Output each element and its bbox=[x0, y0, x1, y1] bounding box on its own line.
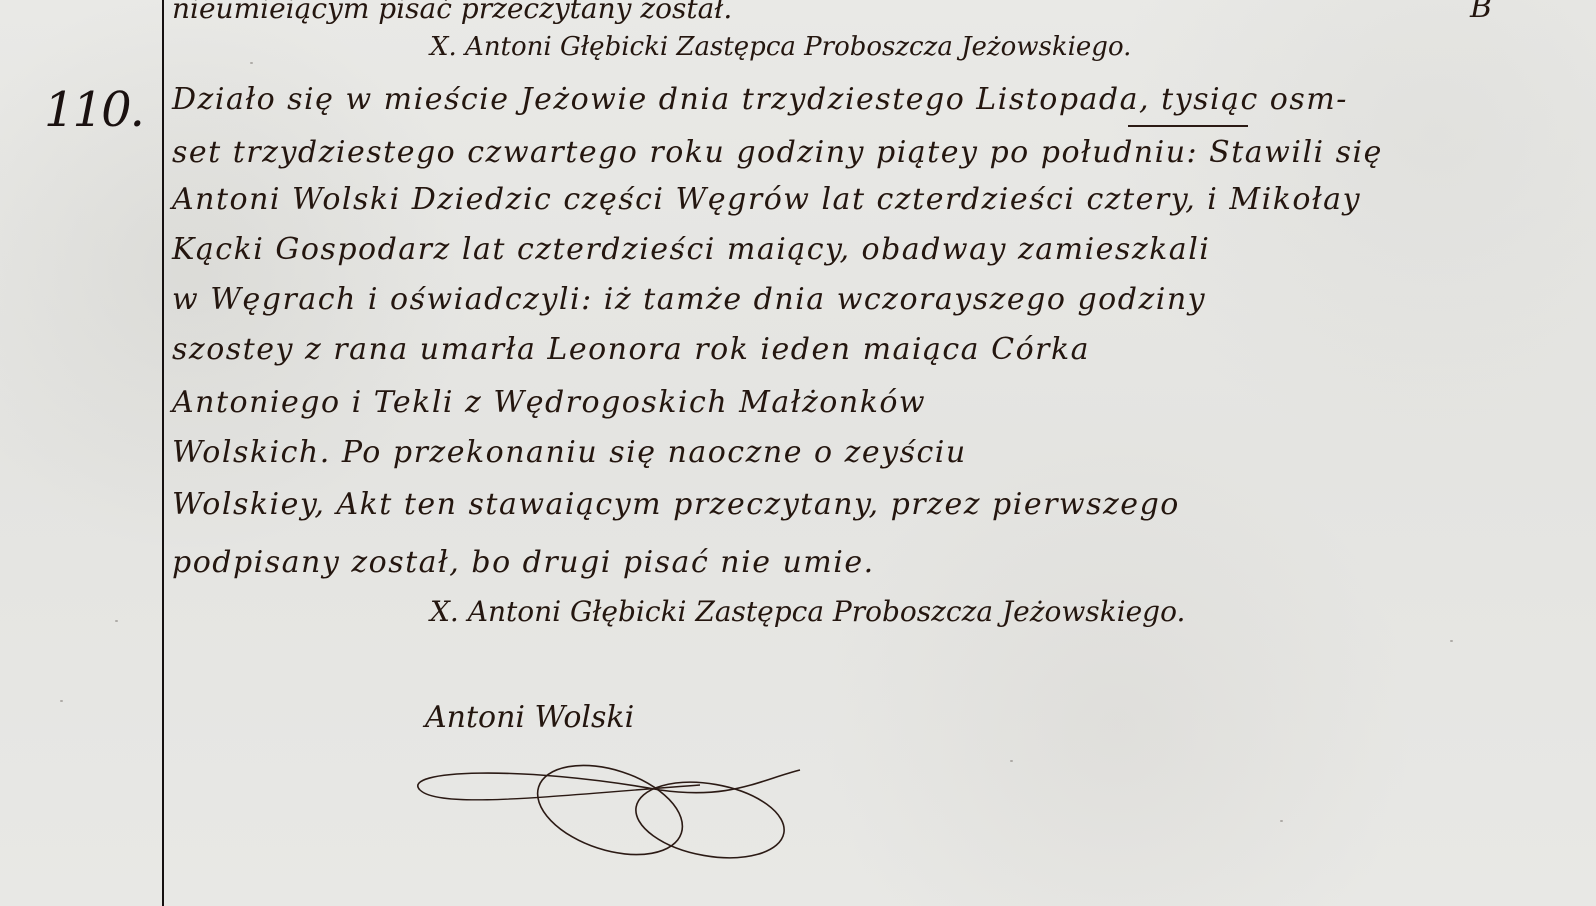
previous-entry-corner-fragment: B bbox=[1470, 0, 1492, 25]
entry-line-5: w Węgrach i oświadczyli: iż tamże dnia w… bbox=[172, 282, 1206, 317]
priest-signature: X. Antoni Głębicki Zastępca Proboszcza J… bbox=[430, 595, 1185, 628]
entry-line-8: Wolskich. Po przekonaniu się naoczne o z… bbox=[172, 435, 967, 470]
entry-line-10: podpisany został, bo drugi pisać nie umi… bbox=[172, 545, 875, 580]
entry-line-3: Antoni Wolski Dziedzic części Węgrów lat… bbox=[172, 182, 1361, 217]
previous-entry-signature: X. Antoni Głębicki Zastępca Proboszcza J… bbox=[430, 32, 1131, 62]
entry-line-1: Działo się w mieście Jeżowie dnia trzydz… bbox=[172, 82, 1348, 117]
margin-rule bbox=[162, 0, 164, 906]
entry-line-9: Wolskiey, Akt ten stawaiącym przeczytany… bbox=[172, 487, 1180, 522]
entry-number: 110. bbox=[44, 82, 143, 138]
entry-line-7: Antoniego i Tekli z Wędrogoskich Małżonk… bbox=[172, 385, 926, 420]
previous-entry-closing-line: nieumieiącym pisać przeczytany został. bbox=[172, 0, 732, 25]
entry-line-2: set trzydziestego czwartego roku godziny… bbox=[172, 135, 1383, 170]
witness-signature: Antoni Wolski bbox=[425, 700, 634, 735]
signature-flourish-icon bbox=[400, 750, 820, 860]
underline-listopada bbox=[1128, 125, 1248, 127]
entry-line-6: szostey z rana umarła Leonora rok ieden … bbox=[172, 332, 1090, 367]
entry-line-4: Kącki Gospodarz lat czterdzieści maiący,… bbox=[172, 232, 1210, 267]
